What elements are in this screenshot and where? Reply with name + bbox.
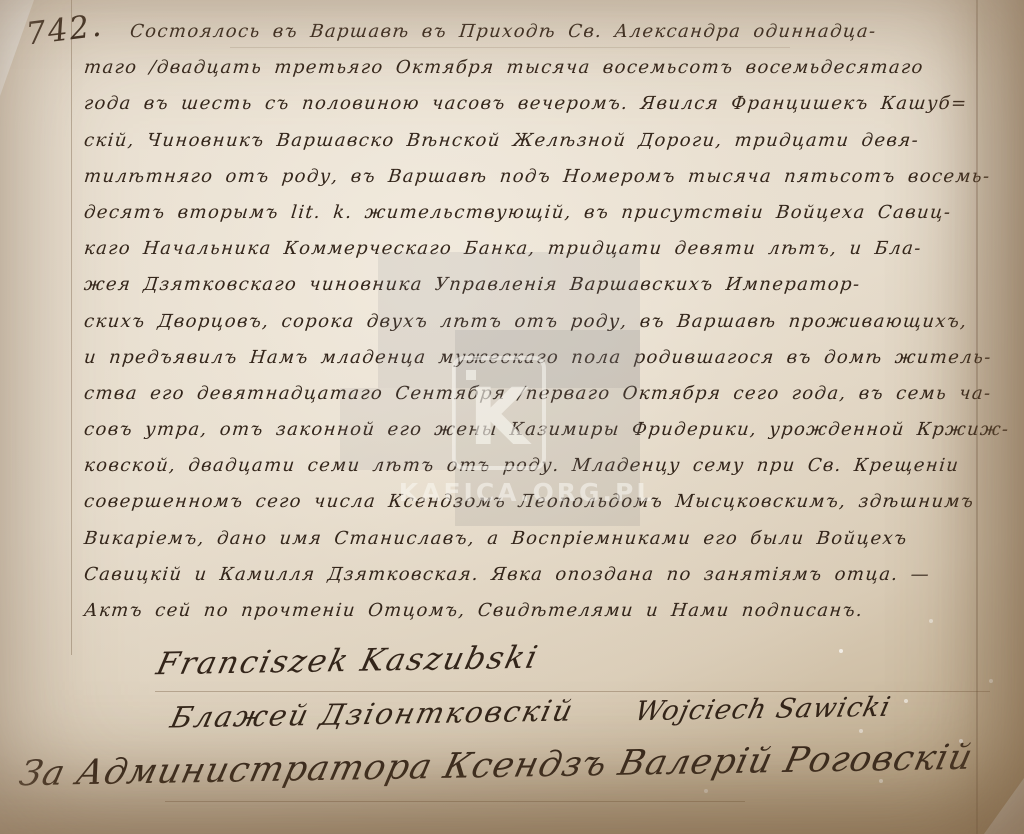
watermark-logo-dot <box>466 370 476 380</box>
watermark-gray-patch <box>340 388 456 470</box>
record-line: таго /двадцать третьяго Октября тысяча в… <box>82 50 978 86</box>
record-line: Савицкій и Камилля Дзятковская. Явка опо… <box>82 557 978 593</box>
record-line: года въ шесть съ половиною часовъ вечеро… <box>82 86 978 122</box>
dust-speckles <box>0 0 2 2</box>
record-line: скій, Чиновникъ Варшавско Вѣнской Желѣзн… <box>82 123 978 159</box>
signature-priest-official: За Администратора Ксендзъ Валерій Роговс… <box>15 738 977 795</box>
paper-fold-line <box>976 0 978 834</box>
record-line: десятъ вторымъ lit. k. жительствующій, в… <box>82 195 978 231</box>
record-line: Викаріемъ, дано имя Станиславъ, а Воспрі… <box>82 521 978 557</box>
margin-rule-line <box>71 0 72 655</box>
watermark-logo-letter: K <box>469 370 529 466</box>
signature-franciszek-kaszubski: Franciszek Kaszubski <box>153 640 543 683</box>
record-line: Состоялось въ Варшавѣ въ Приходѣ Св. Але… <box>82 14 978 50</box>
watermark-site-text: KAFICA.ORG.PL <box>392 478 662 507</box>
record-line: Актъ сей по прочтеніи Отцомъ, Свидѣтелям… <box>82 593 978 629</box>
ruled-guide-line <box>165 801 745 802</box>
scan-corner-bottom-right <box>984 778 1024 834</box>
signature-blazej-dziatkowski: Блажей Дзіонтковскій <box>167 694 578 735</box>
signature-wojciech-sawicki: Wojciech Sawicki <box>632 692 894 727</box>
watermark-logo-icon: K <box>452 356 546 470</box>
scanned-record-page: 742. Состоялось въ Варшавѣ въ Приходѣ Св… <box>0 0 1024 834</box>
record-line: тилѣтняго отъ роду, въ Варшавѣ подъ Номе… <box>82 159 978 195</box>
